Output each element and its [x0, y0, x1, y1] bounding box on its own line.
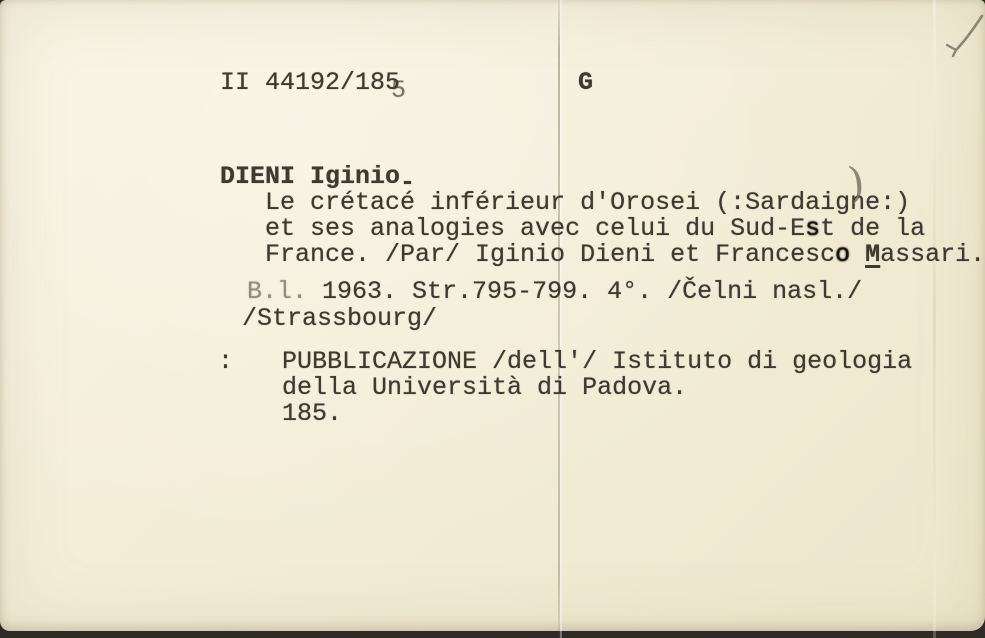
series-number: 185.: [222, 375, 342, 452]
pencil-check-mark-icon: [934, 12, 985, 64]
card-edge-streak: [933, 0, 936, 638]
classification-letter: G: [518, 44, 593, 121]
catalog-card-scan: II 44192/185 5 G DIENI Iginio- Le crétac…: [0, 0, 985, 638]
underlined-initial: M: [865, 240, 880, 269]
call-number-ghost-digit: 5: [331, 52, 406, 129]
